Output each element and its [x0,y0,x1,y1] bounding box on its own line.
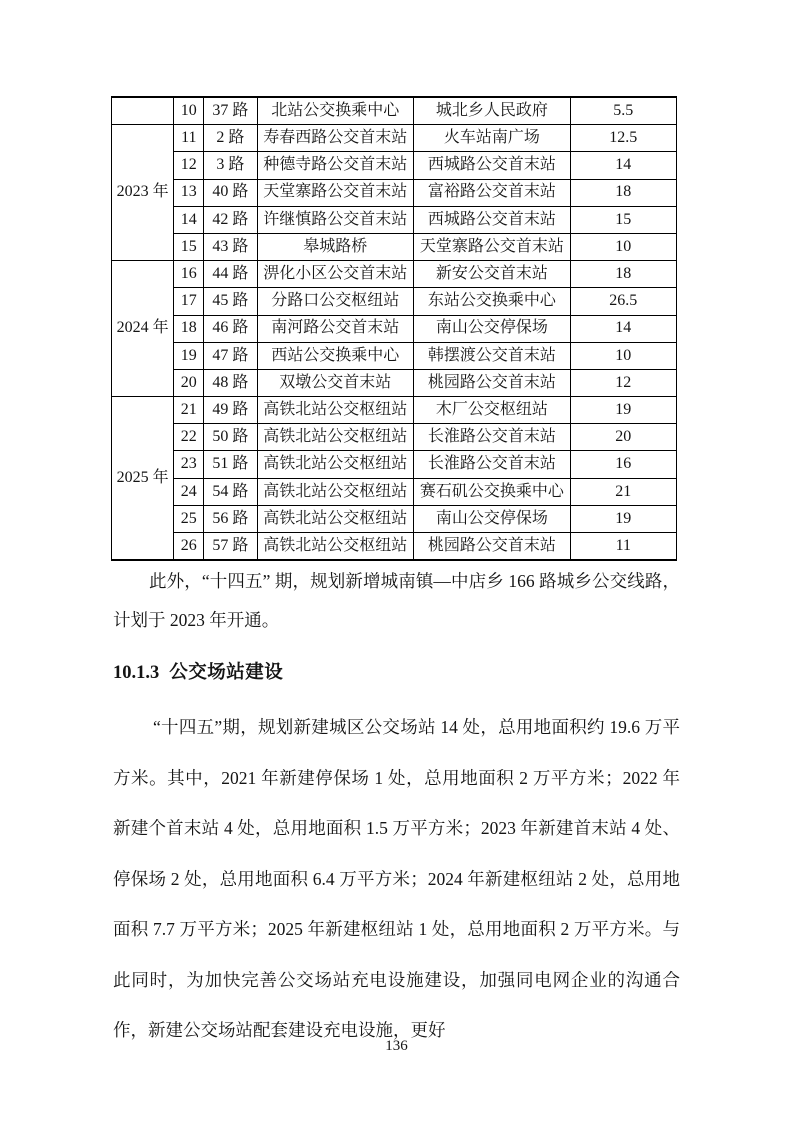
length-cell: 12.5 [570,125,676,152]
route-cell: 49 路 [204,397,257,424]
length-cell: 10 [570,233,676,260]
year-cell: 2023 年 [112,125,174,261]
end-station-cell: 木厂公交枢纽站 [414,397,571,424]
year-cell: 2024 年 [112,261,174,397]
end-station-cell: 富裕路公交首末站 [414,179,571,206]
table-row: 2556 路高铁北站公交枢纽站南山公交停保场19 [112,505,677,532]
paragraph-additional-route: 此外，“十四五” 期，规划新增城南镇—中店乡 166 路城乡公交线路，计划于 2… [113,562,680,640]
table-row: 2250 路高铁北站公交枢纽站长淮路公交首末站20 [112,424,677,451]
year-cell [112,97,174,125]
end-station-cell: 长淮路公交首末站 [414,451,571,478]
route-cell: 42 路 [204,206,257,233]
end-station-cell: 韩摆渡公交首末站 [414,342,571,369]
seq-cell: 23 [174,451,204,478]
seq-cell: 19 [174,342,204,369]
length-cell: 14 [570,152,676,179]
table-row: 2351 路高铁北站公交枢纽站长淮路公交首末站16 [112,451,677,478]
route-cell: 44 路 [204,261,257,288]
route-cell: 3 路 [204,152,257,179]
start-station-cell: 天堂寨路公交首末站 [257,179,414,206]
document-page: 1037 路北站公交换乘中心城北乡人民政府5.52023 年112 路寿春西路公… [0,0,793,1122]
seq-cell: 16 [174,261,204,288]
bus-routes-table-body: 1037 路北站公交换乘中心城北乡人民政府5.52023 年112 路寿春西路公… [112,97,677,560]
length-cell: 11 [570,533,676,561]
section-number: 10.1.3 [113,663,159,683]
end-station-cell: 南山公交停保场 [414,315,571,342]
seq-cell: 14 [174,206,204,233]
start-station-cell: 西站公交换乘中心 [257,342,414,369]
length-cell: 15 [570,206,676,233]
table-row: 2657 路高铁北站公交枢纽站桃园路公交首末站11 [112,533,677,561]
year-cell: 2025 年 [112,397,174,561]
table-row: 2454 路高铁北站公交枢纽站赛石矶公交换乘中心21 [112,478,677,505]
route-cell: 2 路 [204,125,257,152]
end-station-cell: 火车站南广场 [414,125,571,152]
length-cell: 19 [570,505,676,532]
route-cell: 43 路 [204,233,257,260]
end-station-cell: 东站公交换乘中心 [414,288,571,315]
seq-cell: 17 [174,288,204,315]
start-station-cell: 南河路公交首末站 [257,315,414,342]
start-station-cell: 许继慎路公交首末站 [257,206,414,233]
table-row: 2023 年112 路寿春西路公交首末站火车站南广场12.5 [112,125,677,152]
route-cell: 56 路 [204,505,257,532]
seq-cell: 12 [174,152,204,179]
end-station-cell: 桃园路公交首末站 [414,533,571,561]
route-cell: 48 路 [204,369,257,396]
seq-cell: 21 [174,397,204,424]
start-station-cell: 高铁北站公交枢纽站 [257,451,414,478]
start-station-cell: 分路口公交枢纽站 [257,288,414,315]
seq-cell: 15 [174,233,204,260]
length-cell: 16 [570,451,676,478]
seq-cell: 10 [174,97,204,125]
end-station-cell: 天堂寨路公交首末站 [414,233,571,260]
length-cell: 19 [570,397,676,424]
route-cell: 45 路 [204,288,257,315]
end-station-cell: 南山公交停保场 [414,505,571,532]
route-cell: 51 路 [204,451,257,478]
table-row: 1947 路西站公交换乘中心韩摆渡公交首末站10 [112,342,677,369]
route-cell: 46 路 [204,315,257,342]
table-row: 1340 路天堂寨路公交首末站富裕路公交首末站18 [112,179,677,206]
table-row: 123 路种德寺路公交首末站西城路公交首末站14 [112,152,677,179]
route-cell: 57 路 [204,533,257,561]
length-cell: 5.5 [570,97,676,125]
paragraph-station-construction: “十四五”期，规划新建城区公交场站 14 处，总用地面积约 19.6 万平方米。… [113,702,680,1056]
section-title: 公交场站建设 [169,663,283,683]
length-cell: 14 [570,315,676,342]
start-station-cell: 北站公交换乘中心 [257,97,414,125]
table-row: 2024 年1644 路淠化小区公交首末站新安公交首末站18 [112,261,677,288]
start-station-cell: 高铁北站公交枢纽站 [257,505,414,532]
seq-cell: 25 [174,505,204,532]
length-cell: 10 [570,342,676,369]
table-row: 2048 路双墩公交首末站桃园路公交首末站12 [112,369,677,396]
table-row: 1846 路南河路公交首末站南山公交停保场14 [112,315,677,342]
length-cell: 12 [570,369,676,396]
route-cell: 40 路 [204,179,257,206]
end-station-cell: 桃园路公交首末站 [414,369,571,396]
page-number: 136 [0,1038,793,1055]
end-station-cell: 西城路公交首末站 [414,152,571,179]
end-station-cell: 赛石矶公交换乘中心 [414,478,571,505]
start-station-cell: 高铁北站公交枢纽站 [257,424,414,451]
start-station-cell: 高铁北站公交枢纽站 [257,533,414,561]
seq-cell: 20 [174,369,204,396]
start-station-cell: 高铁北站公交枢纽站 [257,397,414,424]
seq-cell: 18 [174,315,204,342]
seq-cell: 22 [174,424,204,451]
start-station-cell: 双墩公交首末站 [257,369,414,396]
route-cell: 54 路 [204,478,257,505]
start-station-cell: 皋城路桥 [257,233,414,260]
route-cell: 47 路 [204,342,257,369]
length-cell: 20 [570,424,676,451]
length-cell: 21 [570,478,676,505]
start-station-cell: 高铁北站公交枢纽站 [257,478,414,505]
table-row: 2025 年2149 路高铁北站公交枢纽站木厂公交枢纽站19 [112,397,677,424]
route-cell: 50 路 [204,424,257,451]
seq-cell: 24 [174,478,204,505]
start-station-cell: 寿春西路公交首末站 [257,125,414,152]
bus-routes-table: 1037 路北站公交换乘中心城北乡人民政府5.52023 年112 路寿春西路公… [111,96,677,561]
length-cell: 18 [570,179,676,206]
seq-cell: 11 [174,125,204,152]
table-row: 1442 路许继慎路公交首末站西城路公交首末站15 [112,206,677,233]
end-station-cell: 长淮路公交首末站 [414,424,571,451]
section-heading: 10.1.3公交场站建设 [113,658,283,684]
seq-cell: 26 [174,533,204,561]
route-cell: 37 路 [204,97,257,125]
end-station-cell: 城北乡人民政府 [414,97,571,125]
table-row: 1037 路北站公交换乘中心城北乡人民政府5.5 [112,97,677,125]
end-station-cell: 新安公交首末站 [414,261,571,288]
seq-cell: 13 [174,179,204,206]
start-station-cell: 种德寺路公交首末站 [257,152,414,179]
length-cell: 18 [570,261,676,288]
table-row: 1543 路皋城路桥天堂寨路公交首末站10 [112,233,677,260]
length-cell: 26.5 [570,288,676,315]
table-row: 1745 路分路口公交枢纽站东站公交换乘中心26.5 [112,288,677,315]
end-station-cell: 西城路公交首末站 [414,206,571,233]
start-station-cell: 淠化小区公交首末站 [257,261,414,288]
